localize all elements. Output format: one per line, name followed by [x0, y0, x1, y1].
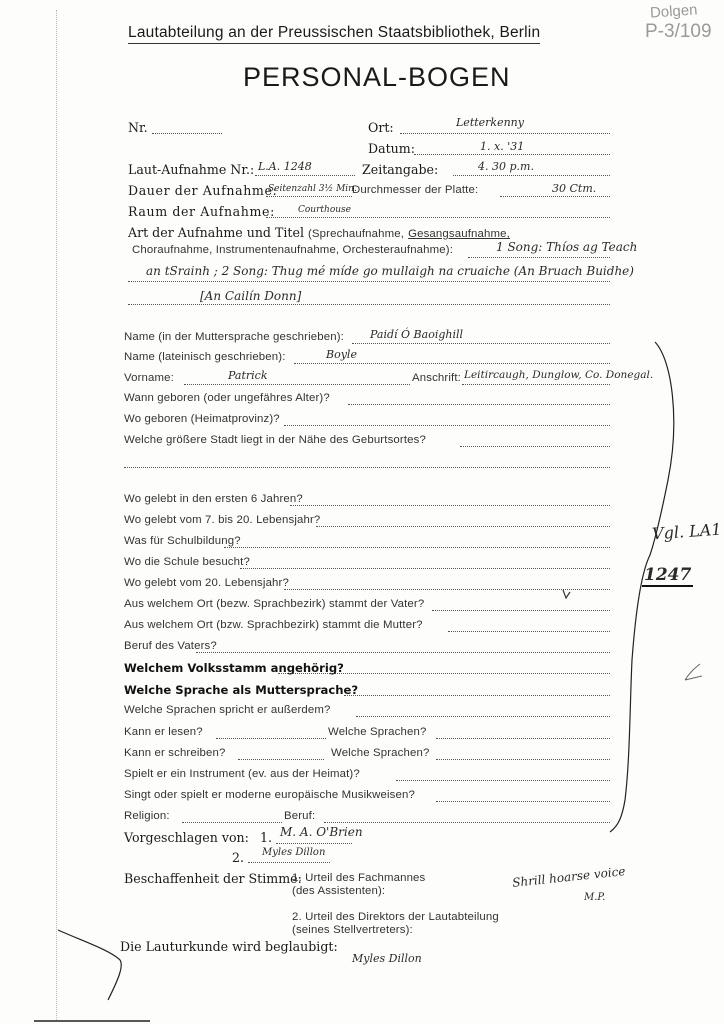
- corner-bracket: [58, 930, 121, 1000]
- tick-mark-icon: [563, 590, 570, 598]
- bracket-strokes: [0, 0, 724, 1024]
- check-mark-icon: [685, 664, 702, 680]
- margin-bracket: [610, 342, 674, 832]
- personal-bogen-form: Lautabteilung an der Preussischen Staats…: [0, 0, 724, 1024]
